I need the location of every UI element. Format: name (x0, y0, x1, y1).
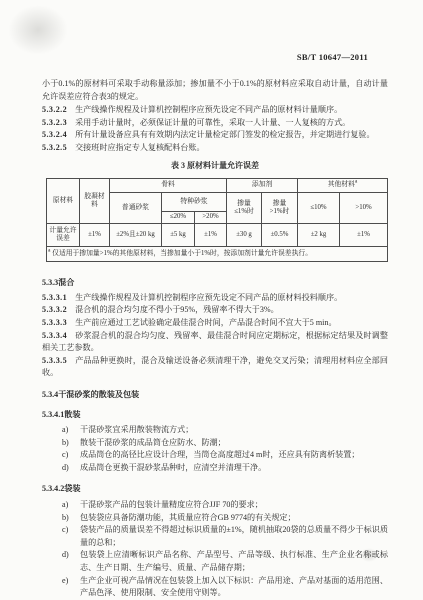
list-marker: b) (62, 437, 69, 450)
th-binder: 胶凝材料 (80, 179, 110, 224)
clause-number: 5.3.2.3 (42, 118, 67, 127)
list-text: 干混砂浆宜采用散装物流方式； (80, 425, 193, 434)
list-item: d)成品筒仓更换干混砂浆品种时，应清空并清理干净。 (42, 462, 388, 475)
clause-text: 所有计量设备应具有有效期内法定计量检定部门签发的检定报告，并定期进行复验。 (75, 130, 374, 139)
clause-text: 生产前应通过工艺试验确定最佳混合时间，产品混合时间不宜大于5 min。 (75, 318, 336, 327)
th-raw-material: 原材料 (47, 179, 80, 224)
clause-text: 砂浆混合机的混合均匀度、残留率、最佳混合时间应定期标定，根据标定结果及时调整相关… (42, 331, 388, 353)
page-content: 小于0.1%的原材料可采取手动称量添加；掺加量不小于0.1%的原材料应采取自动计… (42, 78, 388, 600)
list-text: 成品筒仓的高径比应设计合理，当筒仓高度超过4 m时，还应具有防离析装置； (80, 450, 359, 459)
clause-number: 5.3.3.2 (42, 305, 67, 314)
list-item: b)散装干混砂浆的成品筒仓应防水、防潮； (42, 437, 388, 450)
list-marker: c) (62, 524, 68, 537)
clause-5-3-3-2: 5.3.3.2混合机的混合均匀度不得小于95%，残留率不得大于3%。 (42, 304, 388, 317)
list-marker: a) (62, 499, 68, 512)
footnote-text: 仅适用于掺加量>1%的其他原材料，当掺加量小于1%时，按添加剂计量允许误差执行。 (52, 250, 312, 257)
th-aggregate-group: 骨料 (110, 179, 227, 193)
td-other-le10: ±2 kg (298, 224, 340, 247)
th-special-mortar-group: 特种砂浆 (162, 193, 227, 212)
list-item: e)生产企业可视产品情况在包装袋上加入以下标识：产品用途、产品对基面的适用范围、… (42, 575, 388, 600)
th-other-gt10: >10% (340, 193, 388, 224)
list-text: 生产企业可视产品情况在包装袋上加入以下标识：产品用途、产品对基面的适用范围、产品… (80, 576, 388, 598)
clause-5-3-2-2: 5.3.2.2生产线操作规程及计算机控制程序应预先设定不同产品的原材料计量顺序。 (42, 104, 388, 117)
th-other-label: 其他材料 (328, 181, 355, 188)
heading-5-3-4: 5.3.4干混砂浆的散装及包装 (42, 389, 388, 402)
heading-title: 混合 (58, 278, 74, 287)
list-item: c)成品筒仓的高径比应设计合理，当筒仓高度超过4 m时，还应具有防离析装置； (42, 449, 388, 462)
clause-5-3-3-3: 5.3.3.3生产前应通过工艺试验确定最佳混合时间，产品混合时间不宜大于5 mi… (42, 317, 388, 330)
heading-5-3-4-2: 5.3.4.2袋装 (42, 483, 388, 496)
table-data-row: 计量允许误差 ±1% ±2%且±20 kg ±5 kg ±1% ±30 g ±0… (47, 224, 388, 247)
list-item: d)包装袋上应清晰标识产品名称、产品型号、产品等级、执行标准、生产企业名称或标志… (42, 549, 388, 574)
list-item: a)干混砂浆宜采用散装物流方式； (42, 424, 388, 437)
clause-5-3-2-4: 5.3.2.4所有计量设备应具有有效期内法定计量检定部门签发的检定报告，并定期进… (42, 129, 388, 142)
list-text: 包装袋应具备防潮功能，其质量应符合GB 9774的有关规定； (80, 513, 296, 522)
clause-number: 5.3.2.2 (42, 105, 67, 114)
document-page: SB/T 10647—2011 小于0.1%的原材料可采取手动称量添加；掺加量不… (0, 0, 423, 600)
clause-number: 5.3.3.1 (42, 293, 67, 302)
table-3: 原材料 胶凝材料 骨料 添加剂 其他材料a 普通砂浆 特种砂浆 掺量 ≤1%时 … (46, 178, 388, 262)
clause-number: 5.3.2.5 (42, 143, 67, 152)
list-marker: d) (62, 549, 69, 562)
td-additive-gt1: ±0.5% (262, 224, 298, 247)
heading-title: 干混砂浆的散装及包装 (58, 390, 139, 399)
list-5-3-4-1: a)干混砂浆宜采用散装物流方式； b)散装干混砂浆的成品筒仓应防水、防潮； c)… (42, 424, 388, 474)
table-3-title: 表 3 原材料计量允许误差 (42, 160, 388, 173)
clause-number: 5.3.3.5 (42, 356, 67, 365)
table-footnote-row: a 仅适用于掺加量>1%的其他原材料，当掺加量小于1%时，按添加剂计量允许误差执… (47, 247, 388, 262)
td-special-le20: ±5 kg (162, 224, 195, 247)
list-item: c)袋装产品的质量误差不得超过标识质量的±1%，随机抽取20袋的总质量不得少于标… (42, 524, 388, 549)
heading-5-3-3: 5.3.3混合 (42, 277, 388, 290)
clause-number: 5.3.3.3 (42, 318, 67, 327)
list-item: a)干混砂浆产品的包装计量精度应符合JJF 70的要求； (42, 499, 388, 512)
th-special-gt20: >20% (195, 212, 227, 224)
list-text: 成品筒仓更换干混砂浆品种时，应清空并清理干净。 (80, 463, 266, 472)
th-other-le10: ≤10% (298, 193, 340, 224)
clause-text: 产品品种更换时，混合及输送设备必须清理干净，避免交叉污染；清理用材料应全部回收。 (42, 356, 388, 378)
clause-5-3-3-5: 5.3.3.5产品品种更换时，混合及输送设备必须清理干净，避免交叉污染；清理用材… (42, 355, 388, 380)
th-ordinary-mortar: 普通砂浆 (110, 193, 162, 224)
td-row-label: 计量允许误差 (47, 224, 80, 247)
footnote-marker: a (355, 179, 357, 185)
heading-number: 5.3.4.2 (42, 484, 64, 493)
list-text: 包装袋上应清晰标识产品名称、产品型号、产品等级、执行标准、生产企业名称或标志、生… (80, 550, 388, 572)
heading-title: 散装 (64, 410, 80, 419)
clause-text: 交接班时应指定专人复核配料台账。 (75, 143, 205, 152)
th-additive-group: 添加剂 (227, 179, 298, 193)
th-special-le20: ≤20% (162, 212, 195, 224)
heading-number: 5.3.3 (42, 278, 58, 287)
clause-number: 5.3.2.4 (42, 130, 67, 139)
clause-text: 混合机的混合均匀度不得小于95%，残留率不得大于3%。 (75, 305, 279, 314)
heading-5-3-4-1: 5.3.4.1散装 (42, 409, 388, 422)
heading-number: 5.3.4 (42, 390, 58, 399)
list-text: 干混砂浆产品的包装计量精度应符合JJF 70的要求； (80, 500, 263, 509)
td-additive-le1: ±30 g (227, 224, 262, 247)
clause-group-5-3-3: 5.3.3.1生产线操作规程及计算机控制程序应预先设定不同产品的原材料投料顺序。… (42, 292, 388, 380)
intro-paragraph: 小于0.1%的原材料可采取手动称量添加；掺加量不小于0.1%的原材料应采取自动计… (42, 78, 388, 103)
list-text: 袋装产品的质量误差不得超过标识质量的±1%，随机抽取20袋的总质量不得少于标识质… (80, 525, 388, 547)
heading-number: 5.3.4.1 (42, 410, 64, 419)
clause-text: 生产线操作规程及计算机控制程序应预先设定不同产品的原材料投料顺序。 (75, 293, 342, 302)
heading-title: 袋装 (64, 484, 80, 493)
list-marker: d) (62, 462, 69, 475)
list-text: 散装干混砂浆的成品筒仓应防水、防潮； (80, 438, 226, 447)
clause-text: 生产线操作规程及计算机控制程序应预先设定不同产品的原材料计量顺序。 (75, 105, 342, 114)
scan-artifact (8, 5, 68, 55)
table-header-row-1: 原材料 胶凝材料 骨料 添加剂 其他材料a (47, 179, 388, 193)
list-5-3-4-2: a)干混砂浆产品的包装计量精度应符合JJF 70的要求； b)包装袋应具备防潮功… (42, 499, 388, 600)
td-ordinary-mortar: ±2%且±20 kg (110, 224, 162, 247)
th-additive-le1: 掺量 ≤1%时 (227, 193, 262, 224)
th-other-group: 其他材料a (298, 179, 388, 193)
td-other-gt10: ±1% (340, 224, 388, 247)
table-footnote: a 仅适用于掺加量>1%的其他原材料，当掺加量小于1%时，按添加剂计量允许误差执… (47, 247, 388, 262)
td-binder: ±1% (80, 224, 110, 247)
list-marker: a) (62, 424, 68, 437)
list-marker: b) (62, 512, 69, 525)
list-item: b)包装袋应具备防潮功能，其质量应符合GB 9774的有关规定； (42, 512, 388, 525)
th-additive-gt1: 掺量 >1%时 (262, 193, 298, 224)
clause-text: 采用手动计量时，必须保证计量的可靠性，采取一人计量、一人复核的方式。 (75, 118, 350, 127)
clause-5-3-3-4: 5.3.3.4砂浆混合机的混合均匀度、残留率、最佳混合时间应定期标定，根据标定结… (42, 330, 388, 355)
list-marker: c) (62, 449, 68, 462)
clause-5-3-2-5: 5.3.2.5交接班时应指定专人复核配料台账。 (42, 142, 388, 155)
clause-5-3-2-3: 5.3.2.3采用手动计量时，必须保证计量的可靠性，采取一人计量、一人复核的方式… (42, 117, 388, 130)
clause-number: 5.3.3.4 (42, 331, 67, 340)
list-marker: e) (62, 575, 68, 588)
td-special-gt20: ±1% (195, 224, 227, 247)
standard-code: SB/T 10647—2011 (297, 52, 368, 62)
clause-5-3-3-1: 5.3.3.1生产线操作规程及计算机控制程序应预先设定不同产品的原材料投料顺序。 (42, 292, 388, 305)
footnote-marker: a (48, 248, 50, 254)
clause-group-5-3-2: 5.3.2.2生产线操作规程及计算机控制程序应预先设定不同产品的原材料计量顺序。… (42, 104, 388, 154)
